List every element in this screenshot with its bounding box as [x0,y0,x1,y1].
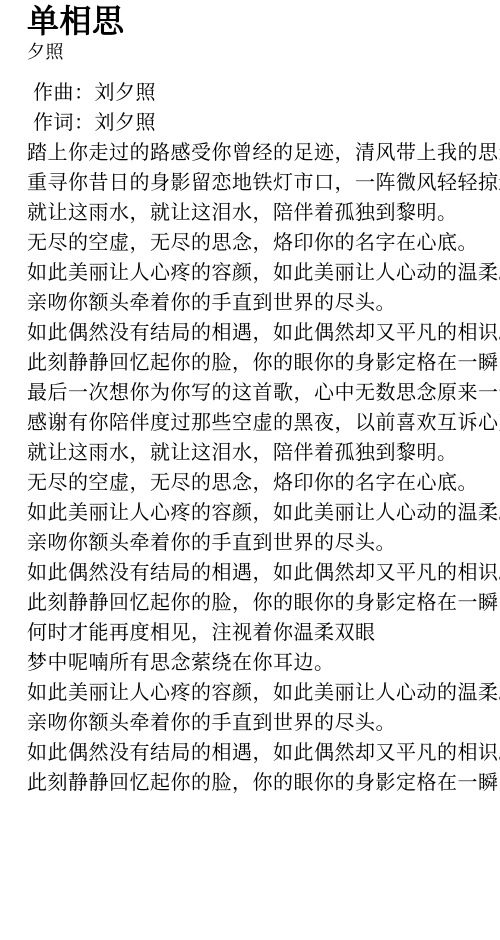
lyric-line: 无尽的空虚，无尽的思念，烙印你的名字在心底。 [27,468,500,498]
lyric-line: 梦中呢喃所有思念萦绕在你耳边。 [27,648,500,678]
lyric-line: 重寻你昔日的身影留恋地铁灯市口，一阵微风轻轻掠过 [27,168,500,198]
lyrics-block: 踏上你走过的路感受你曾经的足迹，清风带上我的思念重寻你昔日的身影留恋地铁灯市口，… [27,138,500,798]
lyric-line: 此刻静静回忆起你的脸，你的眼你的身影定格在一瞬间 [27,588,500,618]
lyric-line: 何时才能再度相见，注视着你温柔双眼 [27,618,500,648]
credits-block: 作曲：刘夕照 作词：刘夕照 [27,78,500,138]
lyric-line: 就让这雨水，就让这泪水，陪伴着孤独到黎明。 [27,438,500,468]
lyrics-page: 单相思 夕照 作曲：刘夕照 作词：刘夕照 踏上你走过的路感受你曾经的足迹，清风带… [0,0,500,940]
lyric-line: 最后一次想你为你写的这首歌，心中无数思念原来一切 [27,378,500,408]
lyric-line: 此刻静静回忆起你的脸，你的眼你的身影定格在一瞬间 [27,348,500,378]
lyric-line: 如此美丽让人心疼的容颜，如此美丽让人心动的温柔。 [27,498,500,528]
song-title: 单相思 [27,2,500,40]
lyric-line: 如此偶然没有结局的相遇，如此偶然却又平凡的相识。 [27,558,500,588]
lyric-line: 亲吻你额头牵着你的手直到世界的尽头。 [27,528,500,558]
lyric-line: 如此美丽让人心疼的容颜，如此美丽让人心动的温柔。 [27,678,500,708]
lyric-line: 如此偶然没有结局的相遇，如此偶然却又平凡的相识。 [27,318,500,348]
lyric-line: 就让这雨水，就让这泪水，陪伴着孤独到黎明。 [27,198,500,228]
credit-line: 作曲：刘夕照 [27,78,500,108]
lyric-line: 踏上你走过的路感受你曾经的足迹，清风带上我的思念 [27,138,500,168]
song-artist: 夕照 [27,40,500,64]
lyric-line: 如此偶然没有结局的相遇，如此偶然却又平凡的相识。 [27,738,500,768]
lyric-line: 亲吻你额头牵着你的手直到世界的尽头。 [27,708,500,738]
lyric-line: 如此美丽让人心疼的容颜，如此美丽让人心动的温柔。 [27,258,500,288]
lyric-line: 无尽的空虚，无尽的思念，烙印你的名字在心底。 [27,228,500,258]
lyric-line: 感谢有你陪伴度过那些空虚的黑夜，以前喜欢互诉心声 [27,408,500,438]
credit-line: 作词：刘夕照 [27,108,500,138]
lyric-line: 此刻静静回忆起你的脸，你的眼你的身影定格在一瞬间 [27,768,500,798]
lyric-line: 亲吻你额头牵着你的手直到世界的尽头。 [27,288,500,318]
